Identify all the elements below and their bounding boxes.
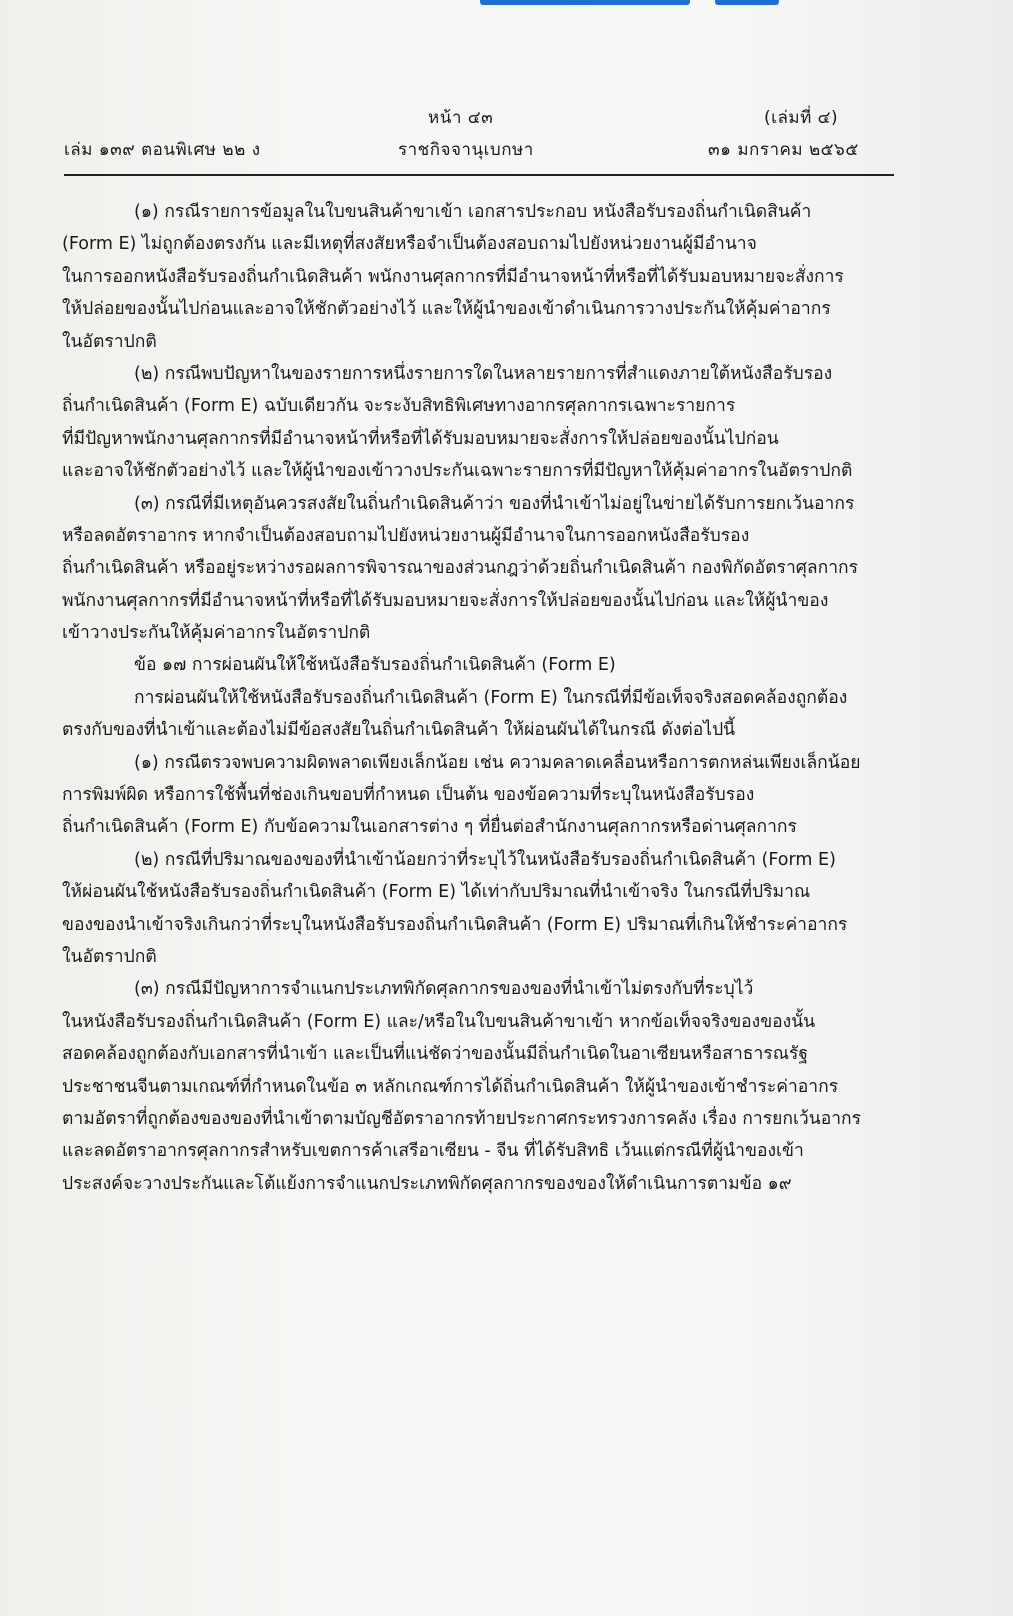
text-line: ในอัตราปกติ bbox=[62, 941, 892, 973]
top-edge-tabs bbox=[0, 0, 1013, 8]
edition-note: (เล่มที่ ๔) bbox=[764, 104, 838, 131]
text-line: ประสงค์จะวางประกันและโต้แย้งการจำแนกประเ… bbox=[62, 1168, 892, 1200]
document-body: (๑) กรณีรายการข้อมูลในใบขนสินค้าขาเข้า เ… bbox=[62, 196, 892, 1200]
text-line: (๓) กรณีมีปัญหาการจำแนกประเภทพิกัดศุลกาก… bbox=[62, 973, 892, 1005]
publication-date: ๓๑ มกราคม ๒๕๖๕ bbox=[708, 136, 859, 163]
document-page: หน้า ๔๓ (เล่มที่ ๔) เล่ม ๑๓๙ ตอนพิเศษ ๒๒… bbox=[0, 0, 1013, 1616]
text-line: (Form E) ไม่ถูกต้องตรงกัน และมีเหตุที่สง… bbox=[62, 228, 892, 260]
text-line: (๒) กรณีพบปัญหาในของรายการหนึ่งรายการใดใ… bbox=[62, 358, 892, 390]
text-line: ประชาชนจีนตามเกณฑ์ที่กำหนดในข้อ ๓ หลักเก… bbox=[62, 1071, 892, 1103]
text-line: และอาจให้ชักตัวอย่างไว้ และให้ผู้นำของเข… bbox=[62, 455, 892, 487]
text-line: (๑) กรณีตรวจพบความผิดพลาดเพียงเล็กน้อย เ… bbox=[62, 747, 892, 779]
text-line: ในอัตราปกติ bbox=[62, 326, 892, 358]
text-line: ถิ่นกำเนิดสินค้า (Form E) ฉบับเดียวกัน จ… bbox=[62, 390, 892, 422]
volume-info: เล่ม ๑๓๙ ตอนพิเศษ ๒๒ ง bbox=[64, 136, 261, 163]
text-line: (๒) กรณีที่ปริมาณของของที่นำเข้าน้อยกว่า… bbox=[62, 844, 892, 876]
text-line: (๓) กรณีที่มีเหตุอันควรสงสัยในถิ่นกำเนิด… bbox=[62, 488, 892, 520]
text-line: ให้ปล่อยของนั้นไปก่อนและอาจให้ชักตัวอย่า… bbox=[62, 293, 892, 325]
text-line: หรือลดอัตราอากร หากจำเป็นต้องสอบถามไปยัง… bbox=[62, 520, 892, 552]
text-line: เข้าวางประกันให้คุ้มค่าอากรในอัตราปกติ bbox=[62, 617, 892, 649]
gazette-header: หน้า ๔๓ (เล่มที่ ๔) เล่ม ๑๓๙ ตอนพิเศษ ๒๒… bbox=[64, 104, 894, 178]
text-line: ตามอัตราที่ถูกต้องของของที่นำเข้าตามบัญช… bbox=[62, 1103, 892, 1135]
text-line: ของของนำเข้าจริงเกินกว่าที่ระบุในหนังสือ… bbox=[62, 909, 892, 941]
text-line: ในการออกหนังสือรับรองถิ่นกำเนิดสินค้า พน… bbox=[62, 261, 892, 293]
publication-title: ราชกิจจานุเบกษา bbox=[398, 136, 534, 163]
blue-tab-marker bbox=[480, 0, 690, 5]
text-line: การพิมพ์ผิด หรือการใช้พื้นที่ช่องเกินขอบ… bbox=[62, 779, 892, 811]
text-line: (๑) กรณีรายการข้อมูลในใบขนสินค้าขาเข้า เ… bbox=[62, 196, 892, 228]
blue-tab-marker bbox=[715, 0, 779, 5]
text-line: พนักงานศุลกากรที่มีอำนาจหน้าที่หรือที่ได… bbox=[62, 585, 892, 617]
text-line: การผ่อนผันให้ใช้หนังสือรับรองถิ่นกำเนิดส… bbox=[62, 682, 892, 714]
text-line: สอดคล้องถูกต้องกับเอกสารที่นำเข้า และเป็… bbox=[62, 1038, 892, 1070]
text-line: ให้ผ่อนผันใช้หนังสือรับรองถิ่นกำเนิดสินค… bbox=[62, 876, 892, 908]
text-line: ตรงกับของที่นำเข้าและต้องไม่มีข้อสงสัยใน… bbox=[62, 714, 892, 746]
section-heading: ข้อ ๑๗ การผ่อนผันให้ใช้หนังสือรับรองถิ่น… bbox=[62, 649, 892, 681]
text-line: ที่มีปัญหาพนักงานศุลกากรที่มีอำนาจหน้าที… bbox=[62, 423, 892, 455]
text-line: ถิ่นกำเนิดสินค้า หรืออยู่ระหว่างรอผลการพ… bbox=[62, 552, 892, 584]
page-number: หน้า ๔๓ bbox=[428, 104, 493, 131]
header-divider bbox=[64, 174, 894, 176]
text-line: และลดอัตราอากรศุลกากรสำหรับเขตการค้าเสรี… bbox=[62, 1135, 892, 1167]
text-line: ถิ่นกำเนิดสินค้า (Form E) กับข้อความในเอ… bbox=[62, 811, 892, 843]
text-line: ในหนังสือรับรองถิ่นกำเนิดสินค้า (Form E)… bbox=[62, 1006, 892, 1038]
